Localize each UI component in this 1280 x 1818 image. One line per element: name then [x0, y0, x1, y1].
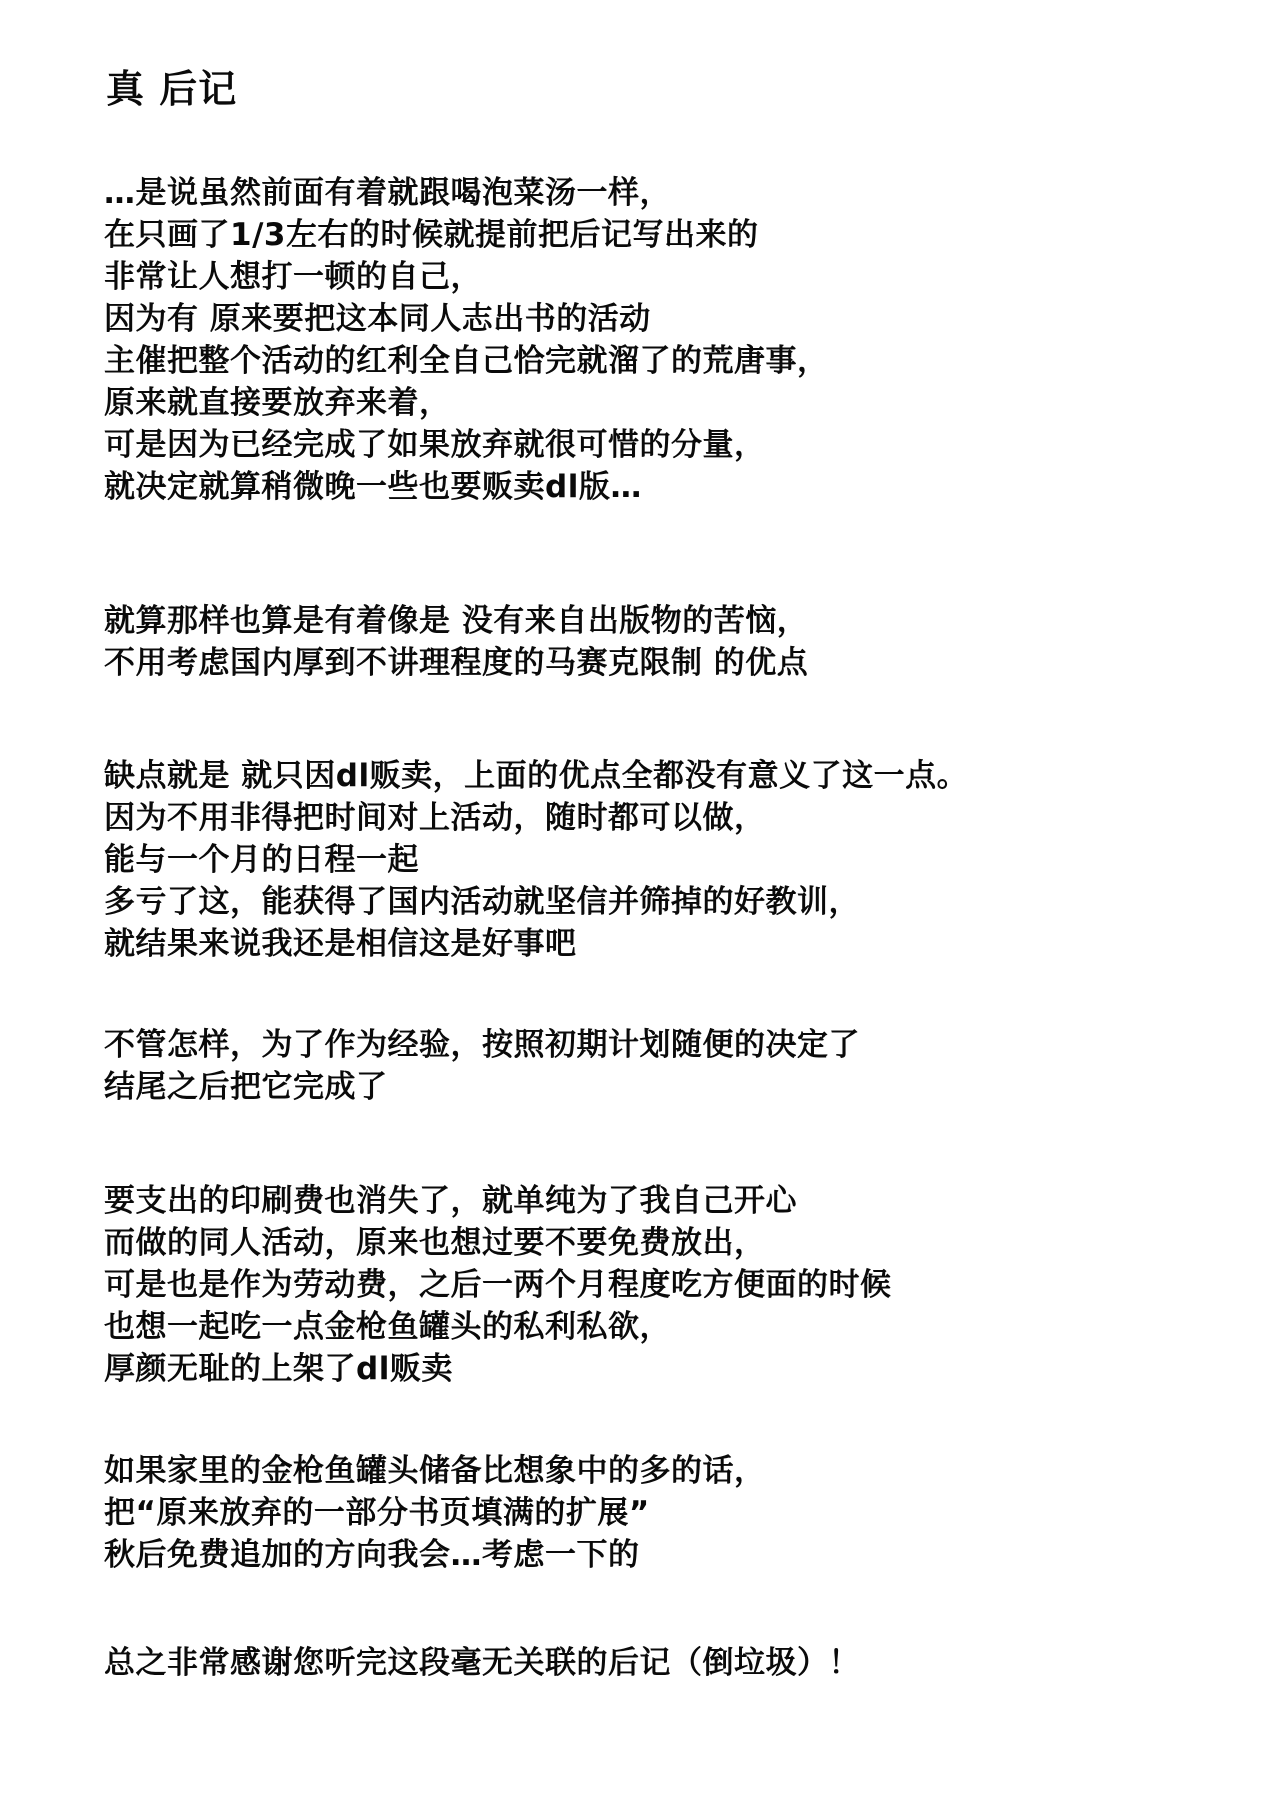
text-line: 把“原来放弃的一部分书页填满的扩展” [104, 1492, 766, 1534]
text-line: 在只画了1/3左右的时候就提前把后记写出来的 [104, 214, 829, 256]
text-line: 不用考虑国内厚到不讲理程度的马赛克限制 的优点 [104, 642, 808, 684]
paragraph-printing-cost: 要支出的印刷费也消失了，就单纯为了我自己开心 而做的同人活动，原来也想过要不要免… [104, 1180, 892, 1390]
text-line: 就算那样也算是有着像是 没有来自出版物的苦恼， [104, 600, 808, 642]
paragraph-experience: 不管怎样，为了作为经验，按照初期计划随便的决定了 结尾之后把它完成了 [104, 1024, 860, 1108]
text-line: 多亏了这，能获得了国内活动就坚信并筛掉的好教训， [104, 881, 968, 923]
text-line: 就决定就算稍微晚一些也要贩卖dl版… [104, 466, 829, 508]
text-line: 缺点就是 就只因dl贩卖，上面的优点全都没有意义了这一点。 [104, 755, 968, 797]
text-line: 要支出的印刷费也消失了，就单纯为了我自己开心 [104, 1180, 892, 1222]
text-line: 结尾之后把它完成了 [104, 1066, 860, 1108]
text-line: 不管怎样，为了作为经验，按照初期计划随便的决定了 [104, 1024, 860, 1066]
text-line: 可是因为已经完成了如果放弃就很可惜的分量， [104, 424, 829, 466]
text-line: 主催把整个活动的红利全自己恰完就溜了的荒唐事， [104, 340, 829, 382]
text-line: …是说虽然前面有着就跟喝泡菜汤一样， [104, 172, 829, 214]
paragraph-thanks: 总之非常感谢您听完这段毫无关联的后记（倒垃圾）！ [104, 1642, 860, 1684]
text-line: 秋后免费追加的方向我会…考虑一下的 [104, 1534, 766, 1576]
text-line: 原来就直接要放弃来着， [104, 382, 829, 424]
text-line: 也想一起吃一点金枪鱼罐头的私利私欲， [104, 1306, 892, 1348]
paragraph-disadvantages: 缺点就是 就只因dl贩卖，上面的优点全都没有意义了这一点。 因为不用非得把时间对… [104, 755, 968, 965]
text-line: 因为不用非得把时间对上活动，随时都可以做， [104, 797, 968, 839]
text-line: 因为有 原来要把这本同人志出书的活动 [104, 298, 829, 340]
page-title: 真 后记 [106, 66, 237, 112]
paragraph-intro: …是说虽然前面有着就跟喝泡菜汤一样， 在只画了1/3左右的时候就提前把后记写出来… [104, 172, 829, 508]
text-line: 就结果来说我还是相信这是好事吧 [104, 923, 968, 965]
text-line: 非常让人想打一顿的自己， [104, 256, 829, 298]
text-line: 总之非常感谢您听完这段毫无关联的后记（倒垃圾）！ [104, 1642, 860, 1684]
text-line: 厚颜无耻的上架了dl贩卖 [104, 1348, 892, 1390]
text-line: 如果家里的金枪鱼罐头储备比想象中的多的话， [104, 1450, 766, 1492]
paragraph-advantages: 就算那样也算是有着像是 没有来自出版物的苦恼， 不用考虑国内厚到不讲理程度的马赛… [104, 600, 808, 684]
text-line: 能与一个月的日程一起 [104, 839, 968, 881]
paragraph-future-plans: 如果家里的金枪鱼罐头储备比想象中的多的话， 把“原来放弃的一部分书页填满的扩展”… [104, 1450, 766, 1576]
text-line: 可是也是作为劳动费，之后一两个月程度吃方便面的时候 [104, 1264, 892, 1306]
afterword-page: 真 后记 …是说虽然前面有着就跟喝泡菜汤一样， 在只画了1/3左右的时候就提前把… [0, 0, 1280, 1818]
text-line: 而做的同人活动，原来也想过要不要免费放出， [104, 1222, 892, 1264]
